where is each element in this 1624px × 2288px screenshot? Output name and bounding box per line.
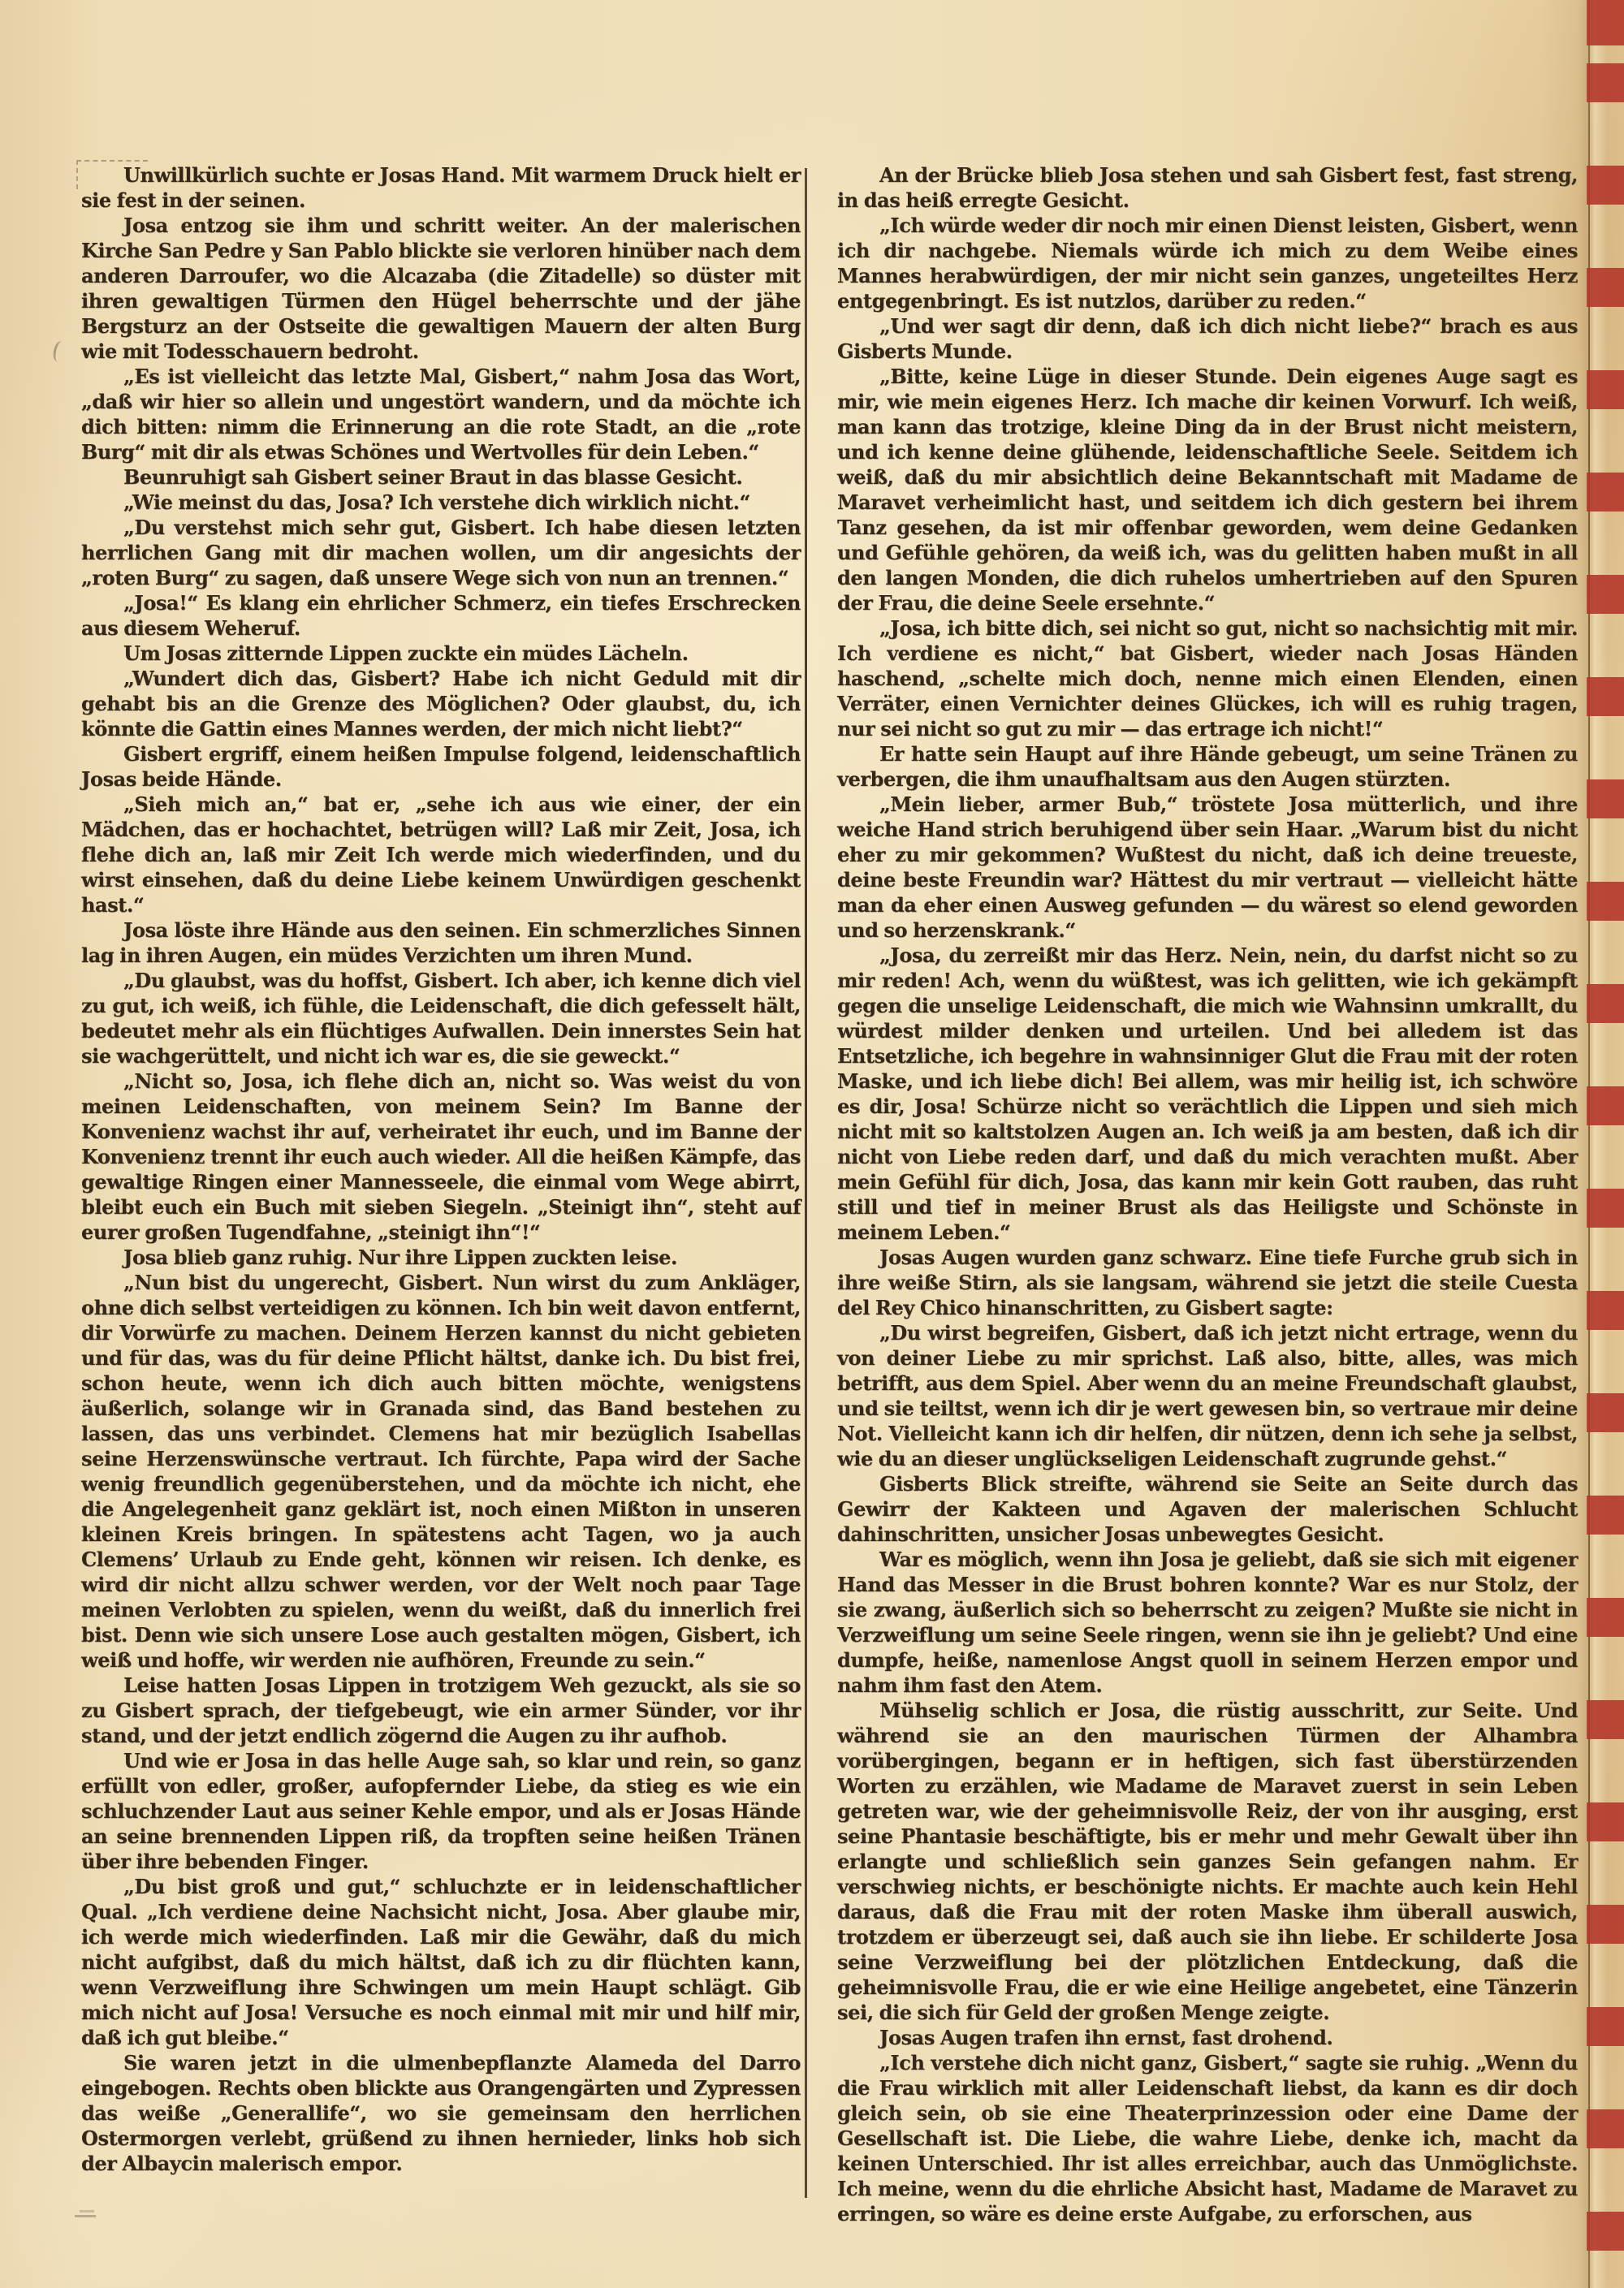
paragraph: An der Brücke blieb Josa stehen und sah … bbox=[837, 162, 1578, 213]
paragraph: „Josa, du zerreißt mir das Herz. Nein, n… bbox=[837, 943, 1578, 1245]
paragraph: Um Josas zitternde Lippen zuckte ein müd… bbox=[81, 641, 801, 666]
text-column-right: An der Brücke blieb Josa stehen und sah … bbox=[837, 162, 1578, 2226]
paragraph: Josas Augen wurden ganz schwarz. Eine ti… bbox=[837, 1245, 1578, 1320]
red-page-edge-marks bbox=[1587, 0, 1624, 2288]
paragraph: Josa entzog sie ihm und schritt weiter. … bbox=[81, 213, 801, 364]
paragraph: Beunruhigt sah Gisbert seiner Braut in d… bbox=[81, 464, 801, 490]
scanned-book-page: Unwillkürlich suchte er Josas Hand. Mit … bbox=[0, 0, 1624, 2288]
paragraph: Und wie er Josa in das helle Auge sah, s… bbox=[81, 1748, 801, 1874]
pencil-mark-bottom bbox=[75, 2210, 107, 2218]
paragraph: Mühselig schlich er Josa, die rüstig aus… bbox=[837, 1698, 1578, 2025]
paragraph: Er hatte sein Haupt auf ihre Hände gebeu… bbox=[837, 741, 1578, 792]
paragraph: „Sieh mich an,“ bat er, „sehe ich aus wi… bbox=[81, 792, 801, 917]
paragraph: „Wundert dich das, Gisbert? Habe ich nic… bbox=[81, 666, 801, 741]
paragraph: „Ich verstehe dich nicht ganz, Gisbert,“… bbox=[837, 2050, 1578, 2226]
paragraph: „Du bist groß und gut,“ schluchzte er in… bbox=[81, 1874, 801, 2050]
paragraph: „Du wirst begreifen, Gisbert, daß ich je… bbox=[837, 1320, 1578, 1471]
paragraph: Leise hatten Josas Lippen in trotzigem W… bbox=[81, 1673, 801, 1748]
paragraph: „Nicht so, Josa, ich flehe dich an, nich… bbox=[81, 1068, 801, 1245]
paragraph: „Josa!“ Es klang ein ehrlicher Schmerz, … bbox=[81, 590, 801, 641]
pencil-mark-margin bbox=[51, 340, 67, 364]
paragraph: „Nun bist du ungerecht, Gisbert. Nun wir… bbox=[81, 1270, 801, 1673]
paragraph: „Mein lieber, armer Bub,“ tröstete Josa … bbox=[837, 792, 1578, 943]
paragraph: „Wie meinst du das, Josa? Ich verstehe d… bbox=[81, 490, 801, 515]
paragraph: Josa blieb ganz ruhig. Nur ihre Lippen z… bbox=[81, 1245, 801, 1270]
paragraph: War es möglich, wenn ihn Josa je geliebt… bbox=[837, 1547, 1578, 1698]
paragraph: Gisberts Blick streifte, während sie Sei… bbox=[837, 1471, 1578, 1547]
paragraph: Josa löste ihre Hände aus den seinen. Ei… bbox=[81, 917, 801, 968]
paragraph: „Du glaubst, was du hoffst, Gisbert. Ich… bbox=[81, 968, 801, 1068]
paragraph: „Josa, ich bitte dich, sei nicht so gut,… bbox=[837, 615, 1578, 741]
paragraph: Sie waren jetzt in die ulmenbepflanzte A… bbox=[81, 2050, 801, 2176]
paragraph: Josas Augen trafen ihn ernst, fast drohe… bbox=[837, 2025, 1578, 2050]
paragraph: „Bitte, keine Lüge in dieser Stunde. Dei… bbox=[837, 364, 1578, 615]
paragraph: „Es ist vielleicht das letzte Mal, Gisbe… bbox=[81, 364, 801, 464]
paragraph: Gisbert ergriff, einem heißen Impulse fo… bbox=[81, 741, 801, 792]
paragraph: „Du verstehst mich sehr gut, Gisbert. Ic… bbox=[81, 515, 801, 590]
paragraph: „Ich würde weder dir noch mir einen Dien… bbox=[837, 213, 1578, 313]
paragraph: „Und wer sagt dir denn, daß ich dich nic… bbox=[837, 313, 1578, 364]
text-column-left: Unwillkürlich suchte er Josas Hand. Mit … bbox=[81, 162, 801, 2176]
paragraph: Unwillkürlich suchte er Josas Hand. Mit … bbox=[81, 162, 801, 213]
column-divider-rule bbox=[805, 168, 807, 2198]
